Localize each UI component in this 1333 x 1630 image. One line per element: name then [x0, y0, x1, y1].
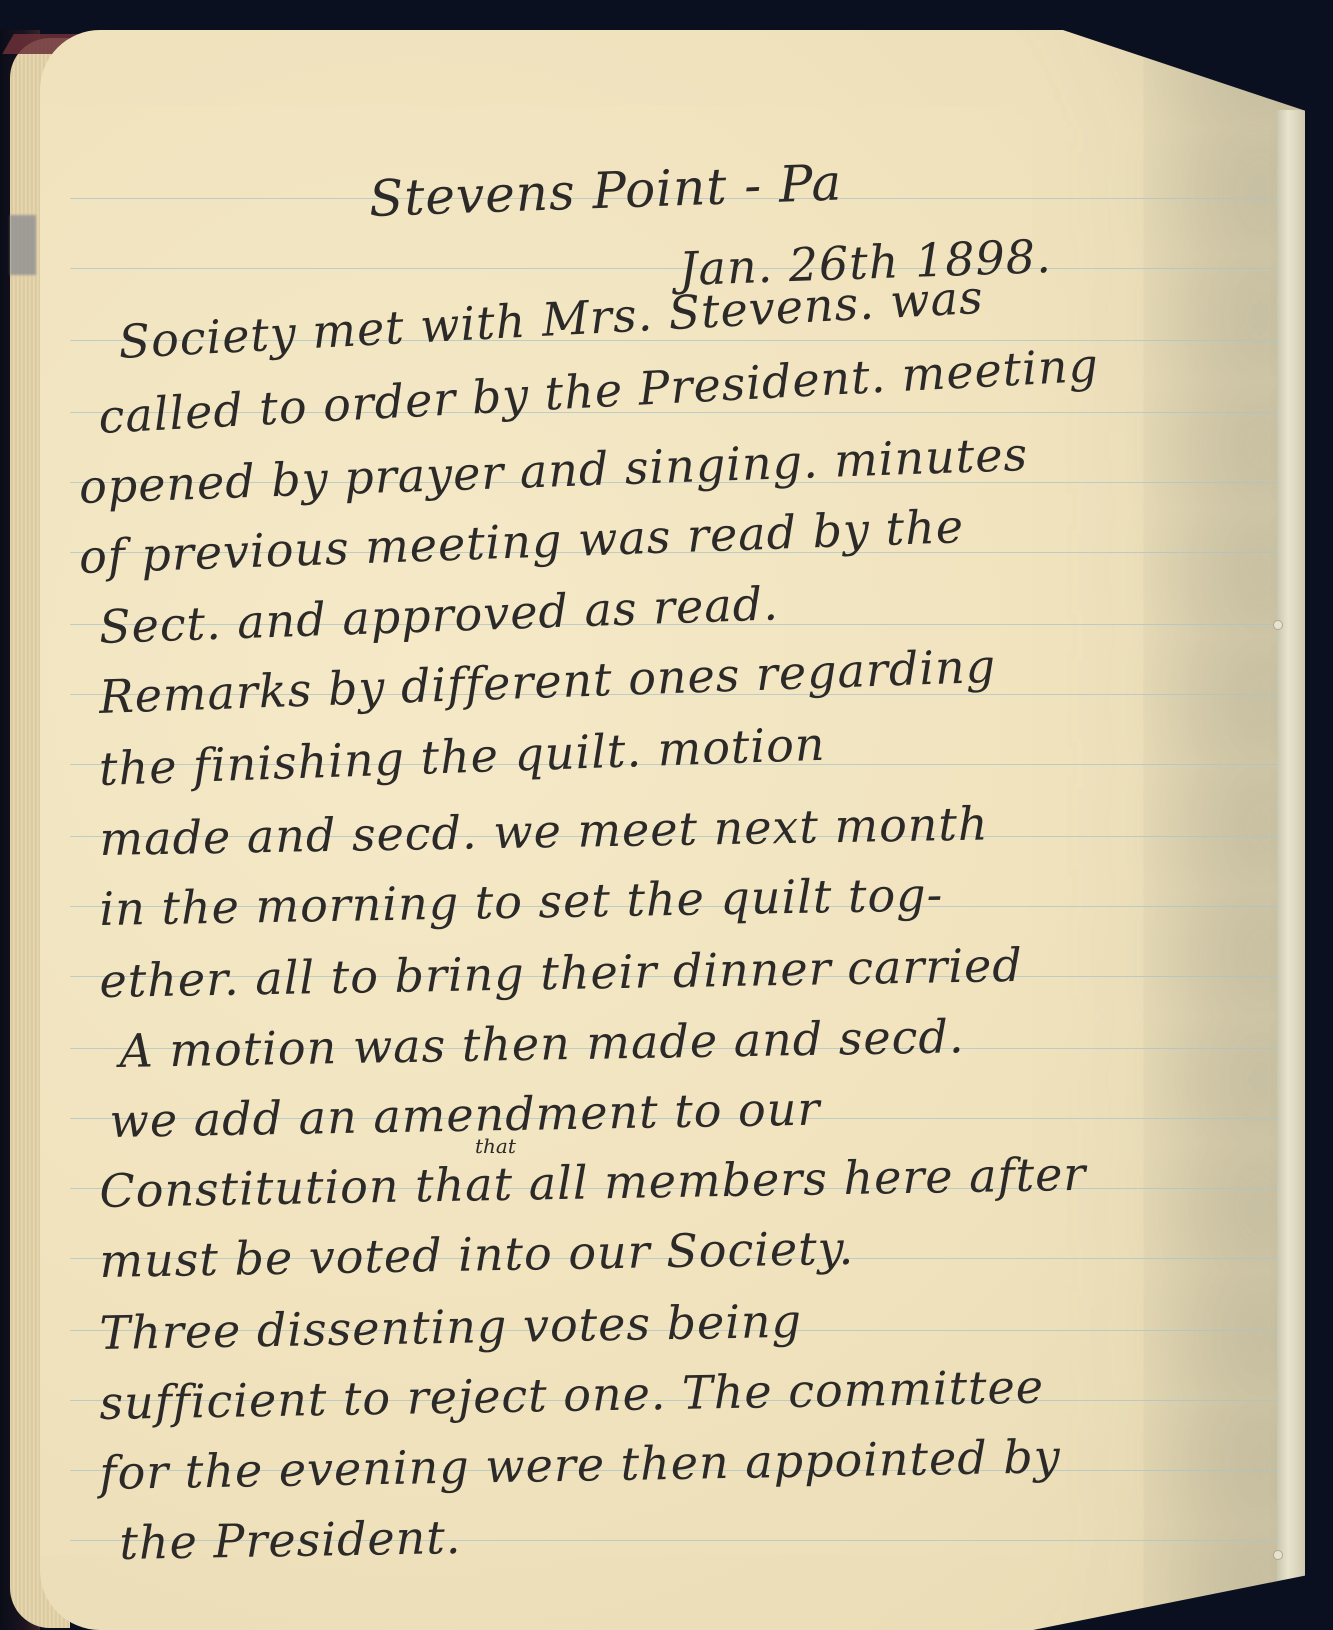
heading-location: Stevens Point - Pa — [368, 154, 843, 228]
minutes-line-15: Three dissenting votes being — [99, 1294, 802, 1360]
minutes-line-7: the finishing the quilt. motion — [98, 717, 826, 796]
minutes-line-14: must be voted into our Society. — [99, 1221, 854, 1288]
minutes-line-13: Constitution that all members here after — [99, 1147, 1087, 1218]
notebook-page: Stevens Point - Pa Jan. 26th 1898. Socie… — [40, 30, 1305, 1630]
notebook-photo: Stevens Point - Pa Jan. 26th 1898. Socie… — [0, 0, 1333, 1630]
minutes-line-9: in the morning to set the quilt tog- — [99, 867, 944, 936]
minutes-line-10: ether. all to bring their dinner carried — [99, 938, 1023, 1008]
minutes-line-4: of previous meeting was read by the — [78, 499, 965, 584]
minutes-line-18: the President. — [119, 1510, 462, 1570]
inserted-word-that: that — [475, 1134, 516, 1158]
minutes-line-12: we add an amendment to our — [109, 1082, 821, 1148]
minutes-line-17: for the evening were then appointed by — [99, 1429, 1061, 1500]
minutes-line-8: made and secd. we meet next month — [99, 796, 989, 866]
minutes-line-6: Remarks by different ones regarding — [98, 639, 997, 724]
minutes-line-5: Sect. and approved as read. — [98, 576, 779, 654]
minutes-line-11: A motion was then made and secd. — [119, 1009, 965, 1078]
page-gutter — [1277, 110, 1305, 1590]
minutes-line-16: sufficient to reject one. The committee — [99, 1360, 1044, 1430]
binding-thread — [1273, 620, 1283, 630]
edge-stamp-mark — [10, 215, 36, 275]
binding-thread — [1273, 1550, 1283, 1560]
